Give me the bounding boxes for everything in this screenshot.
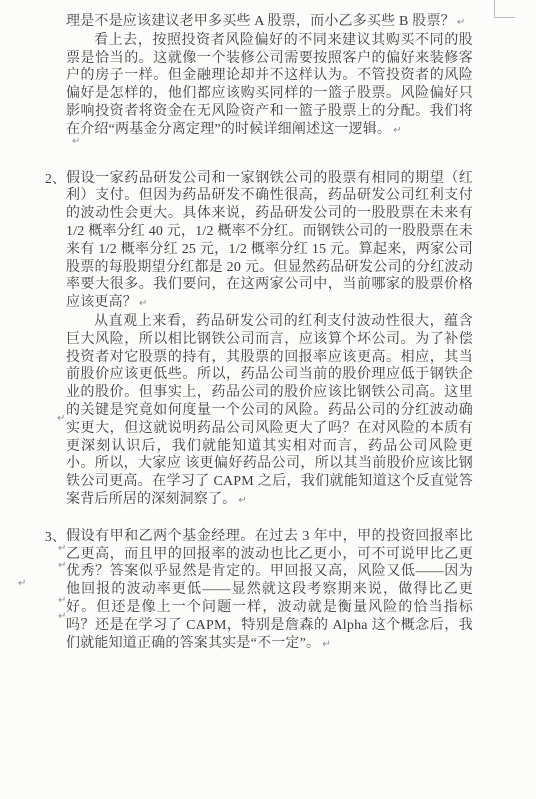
empty-paragraph-mark: ↵ bbox=[58, 543, 66, 554]
paragraph-end-mark: ↵ bbox=[455, 17, 466, 28]
list-item-2: 2、 假设一家药品研发公司和一家钢铁公司的股票有相同的期望（红利）支付。但因为药… bbox=[66, 170, 473, 510]
paragraph-end-mark: ↵ bbox=[137, 298, 148, 309]
empty-paragraph-mark: ↵ bbox=[58, 595, 66, 606]
paragraph-continuation: 理是不是应该建议老甲多买些 A 股票，而小乙多买些 B 股票？↵ bbox=[66, 13, 473, 32]
empty-paragraph-mark: ↵ bbox=[72, 136, 80, 147]
empty-paragraph-mark: ↵ bbox=[58, 560, 66, 571]
empty-paragraph-mark: ↵ bbox=[57, 413, 65, 424]
paragraph-end-mark: ↵ bbox=[320, 639, 331, 650]
item-3-setup-text: 假设有甲和乙两个基金经理。在过去 3 年中，甲的投资回报率比乙更高，而且甲的回报… bbox=[66, 529, 473, 651]
list-item-2-number: 2、 bbox=[45, 170, 66, 188]
paragraph-continuation-text: 理是不是应该建议老甲多买些 A 股票，而小乙多买些 B 股票？ bbox=[66, 14, 455, 29]
item-2-discussion-paragraph: 从直观上来看，药品研发公司的红利支付波动性很大，蕴含巨大风险，所以相比钢铁公司而… bbox=[66, 313, 473, 510]
list-item-3: 3、 假设有甲和乙两个基金经理。在过去 3 年中，甲的投资回报率比乙更高，而且甲… bbox=[66, 528, 473, 654]
item-2-setup-text: 假设一家药品研发公司和一家钢铁公司的股票有相同的期望（红利）支付。但因为药品研发… bbox=[66, 171, 473, 311]
paragraph-end-mark: ↵ bbox=[391, 125, 402, 136]
item-2-setup-paragraph: 假设一家药品研发公司和一家钢铁公司的股票有相同的期望（红利）支付。但因为药品研发… bbox=[66, 170, 473, 313]
item-3-setup-paragraph: 假设有甲和乙两个基金经理。在过去 3 年中，甲的投资回报率比乙更高，而且甲的回报… bbox=[66, 528, 473, 654]
paragraph-risk-preference-text: 看上去，按照投资者风险偏好的不同来建议其购买不同的股票是恰当的。这就像一个装修公… bbox=[66, 33, 473, 137]
paragraph-end-mark: ↵ bbox=[236, 495, 247, 506]
document-page: 理是不是应该建议老甲多买些 A 股票，而小乙多买些 B 股票？↵ 看上去，按照投… bbox=[0, 0, 536, 799]
text-block: 理是不是应该建议老甲多买些 A 股票，而小乙多买些 B 股票？↵ 看上去，按照投… bbox=[66, 13, 473, 653]
empty-paragraph-mark: ↵ bbox=[58, 611, 66, 622]
corner-crop-mark bbox=[494, 0, 515, 18]
empty-paragraph-mark: ↵ bbox=[18, 578, 26, 589]
paragraph-risk-preference: 看上去，按照投资者风险偏好的不同来建议其购买不同的股票是恰当的。这就像一个装修公… bbox=[66, 32, 473, 140]
item-2-discussion-text: 从直观上来看，药品研发公司的红利支付波动性很大，蕴含巨大风险，所以相比钢铁公司而… bbox=[66, 314, 473, 507]
